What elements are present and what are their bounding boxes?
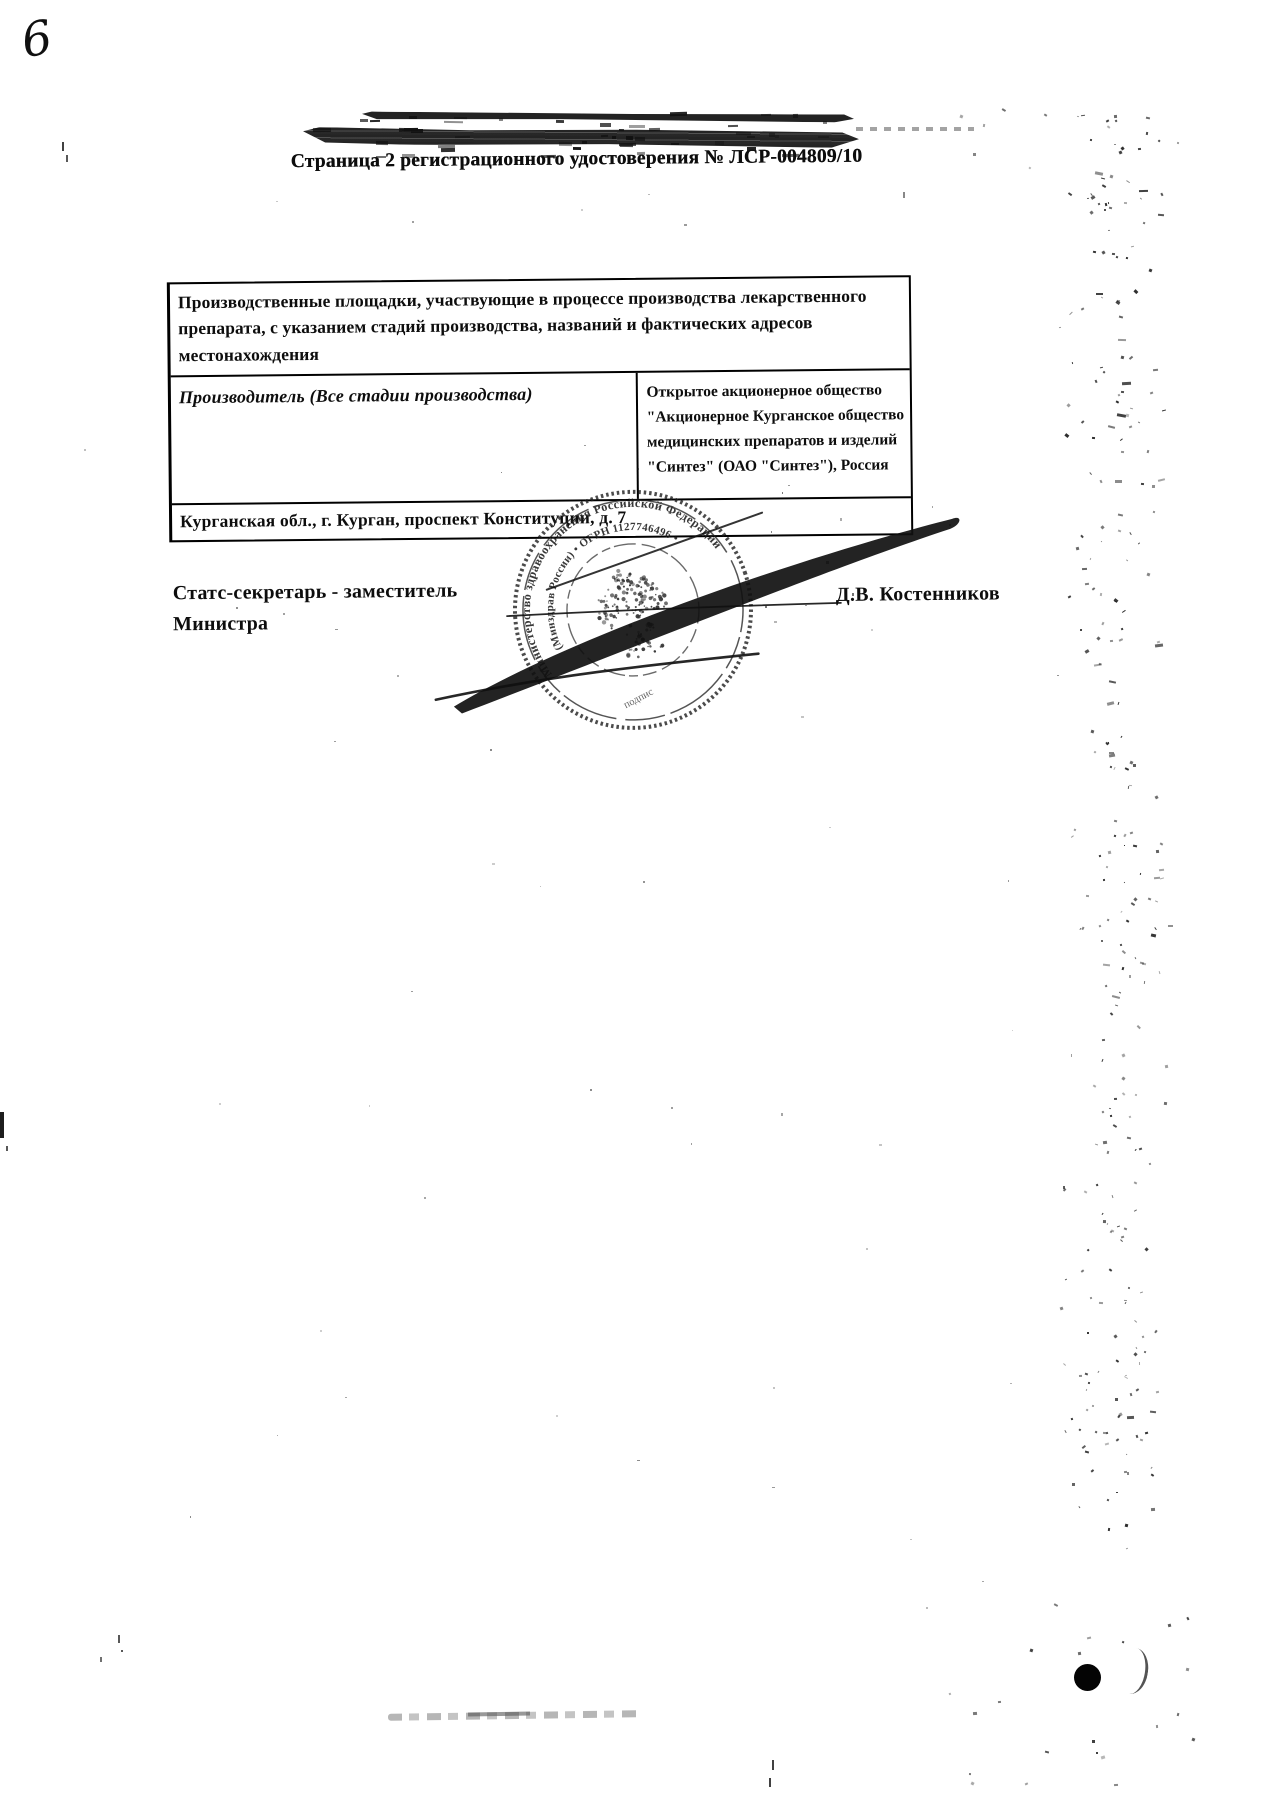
document-title: Страница 2 регистрационного удостоверени…	[291, 146, 863, 173]
scan-speck	[0, 1112, 4, 1138]
scanned-document-page: 6 Страница 2 регистрационного удостовере…	[0, 0, 1273, 1800]
signature-scrawl	[400, 454, 1033, 750]
producer-value-line: медицинских препаратов и изделий	[647, 427, 905, 454]
document-content: Страница 2 регистрационного удостоверени…	[0, 0, 1273, 1800]
table-header-row: Производственные площадки, участвующие в…	[170, 277, 910, 375]
producer-value-line: Открытое акционерное общество	[646, 377, 904, 404]
signature-strokes	[434, 511, 961, 714]
ink-blot	[1074, 1664, 1101, 1691]
producer-value-line: "Акционерное Курганское общество	[647, 402, 905, 429]
